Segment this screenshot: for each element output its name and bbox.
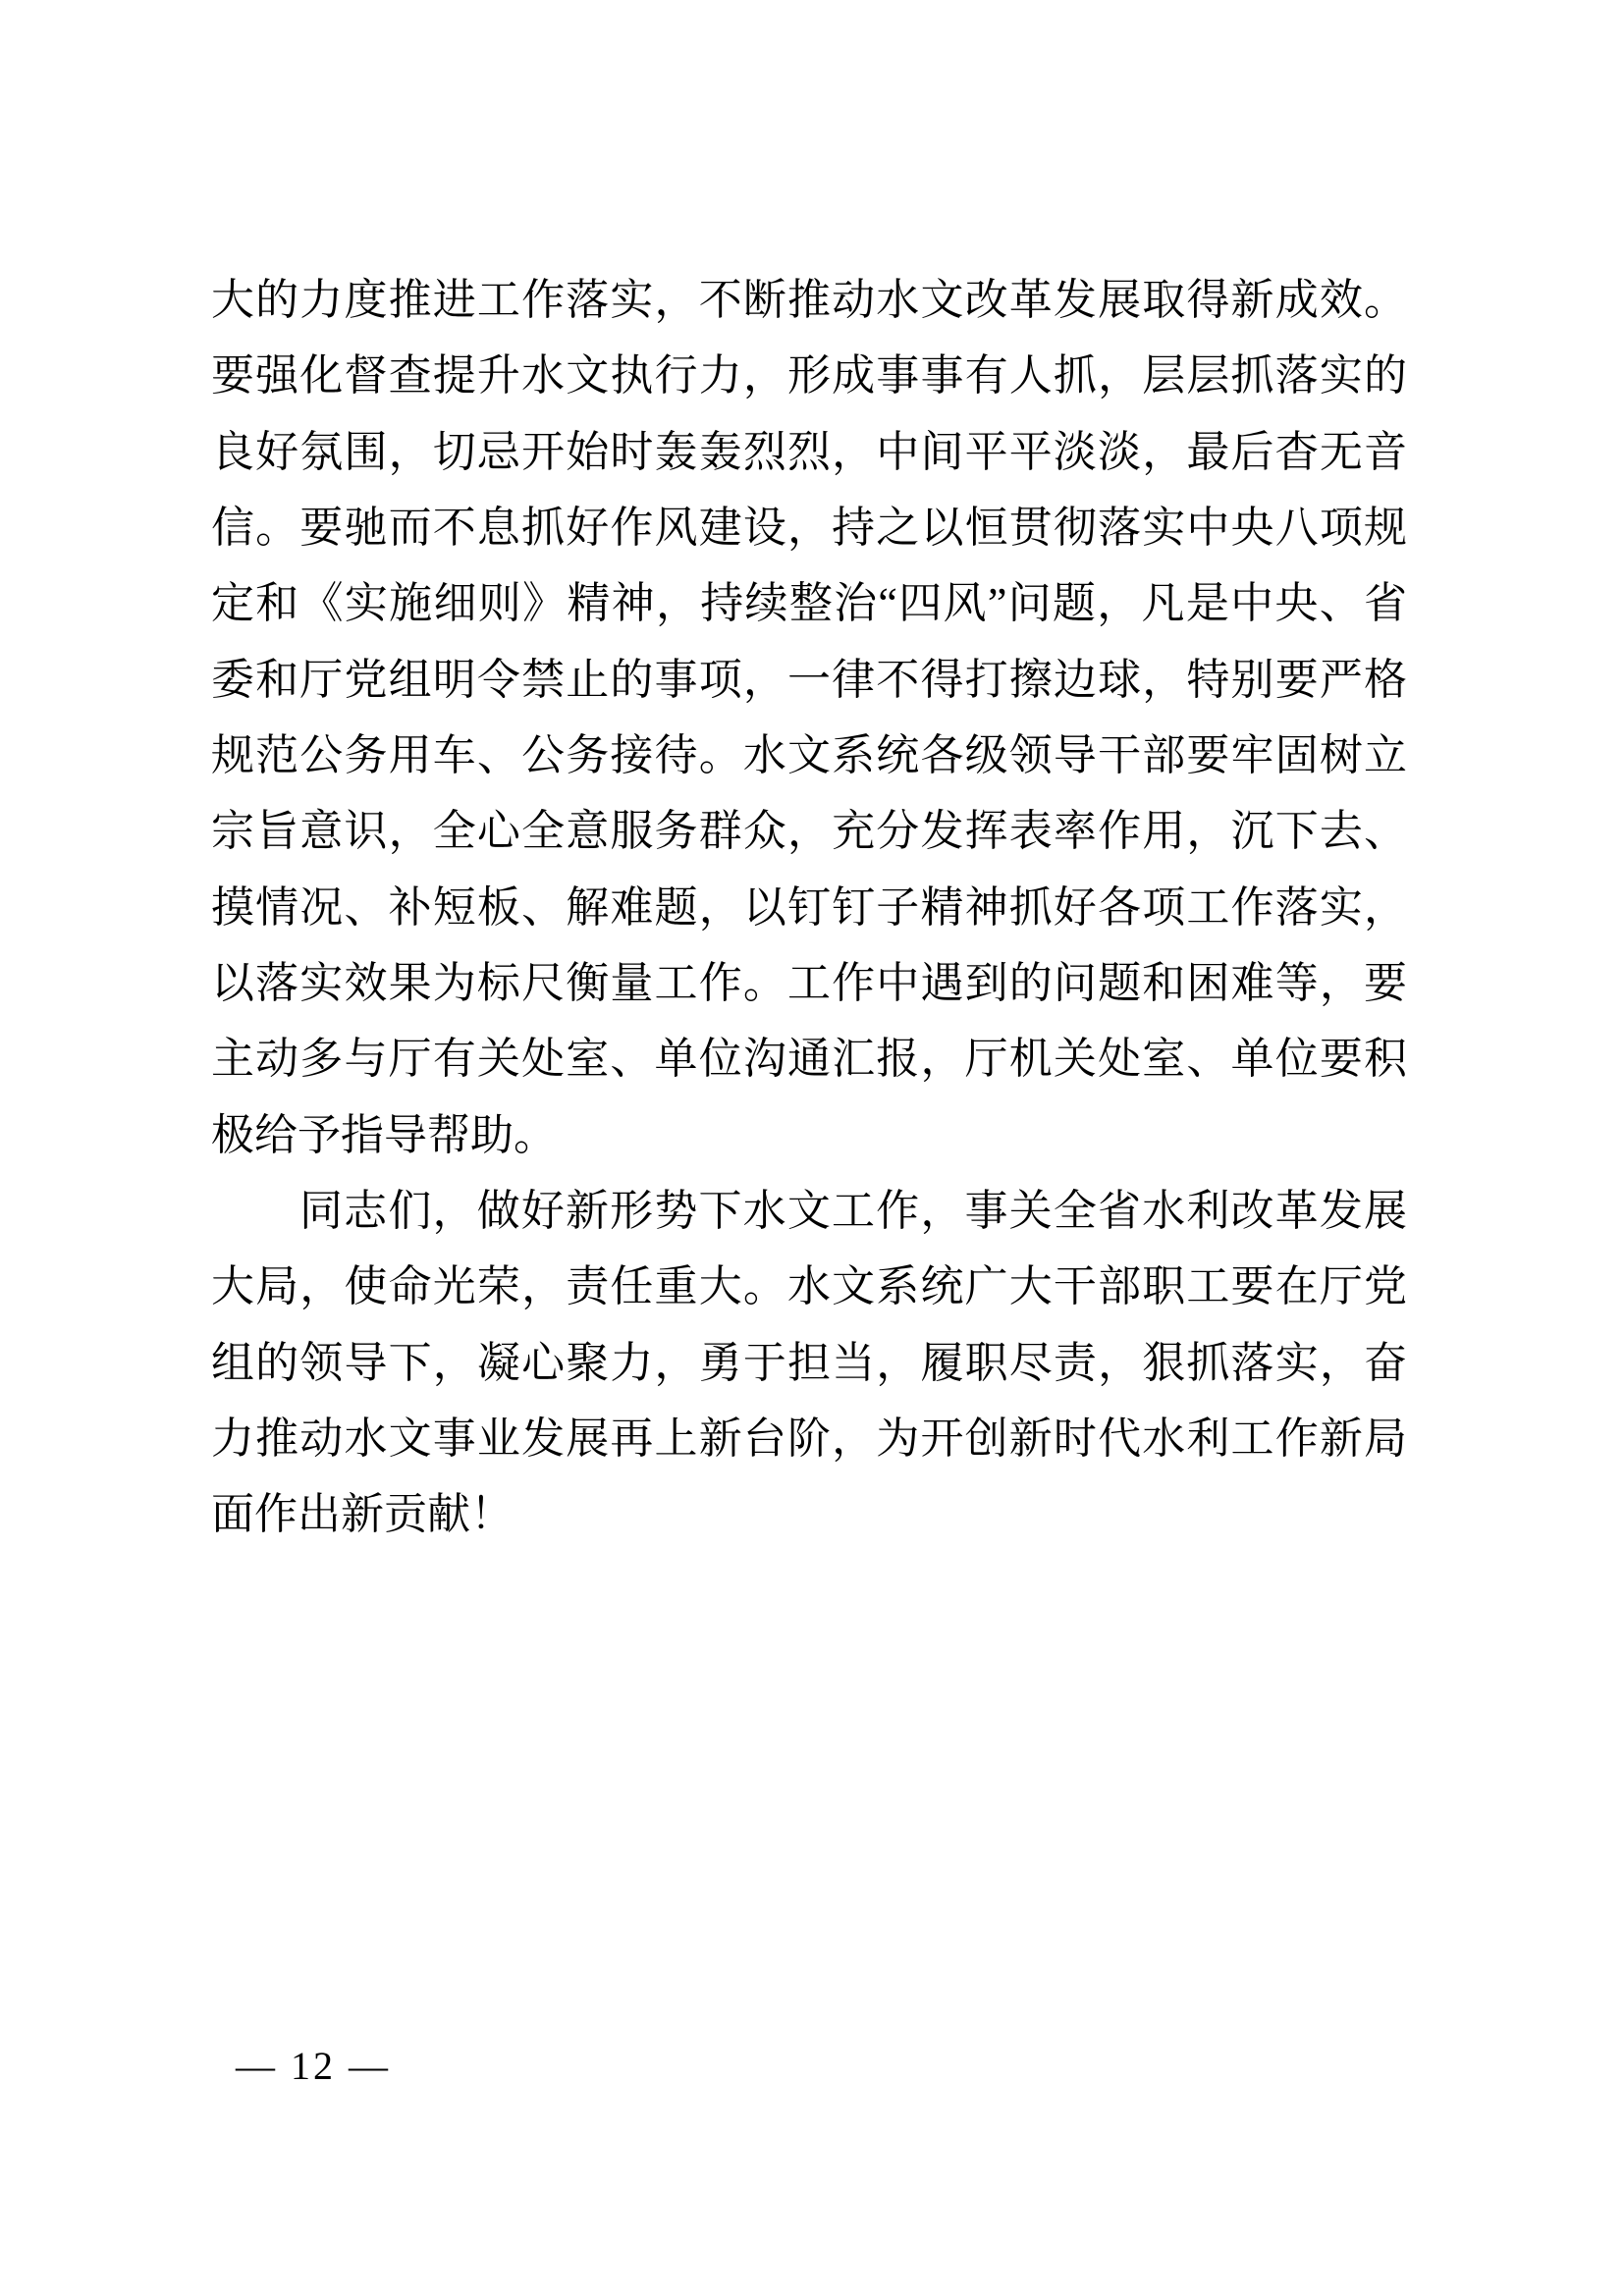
text-line: 大局，使命光荣，责任重大。水文系统广大干部职工要在厅党	[211, 1249, 1407, 1324]
text-line: 组的领导下，凝心聚力，勇于担当，履职尽责，狠抓落实，奋	[211, 1325, 1407, 1401]
text-line: 要强化督查提升水文执行力，形成事事有人抓，层层抓落实的	[211, 338, 1407, 413]
document-body: 大的力度推进工作落实，不断推动水文改革发展取得新成效。要强化督查提升水文执行力，…	[211, 262, 1407, 1553]
text-line: 极给予指导帮助。	[211, 1097, 1407, 1173]
text-line: 定和《实施细则》精神，持续整治“四风”问题，凡是中央、省	[211, 565, 1407, 641]
text-line: 大的力度推进工作落实，不断推动水文改革发展取得新成效。	[211, 262, 1407, 338]
text-line: 信。要驰而不息抓好作风建设，持之以恒贯彻落实中央八项规	[211, 490, 1407, 565]
text-line: 主动多与厅有关处室、单位沟通汇报，厅机关处室、单位要积	[211, 1021, 1407, 1096]
text-line: 规范公务用车、公务接待。水文系统各级领导干部要牢固树立	[211, 718, 1407, 793]
text-line: 宗旨意识，全心全意服务群众，充分发挥表率作用，沉下去、	[211, 793, 1407, 869]
text-line: 良好氛围，切忌开始时轰轰烈烈，中间平平淡淡，最后杳无音	[211, 414, 1407, 490]
text-line: 以落实效果为标尺衡量工作。工作中遇到的问题和困难等，要	[211, 945, 1407, 1021]
document-page: 大的力度推进工作落实，不断推动水文改革发展取得新成效。要强化督查提升水文执行力，…	[0, 0, 1624, 2296]
text-line: 力推动水文事业发展再上新台阶，为开创新时代水利工作新局	[211, 1401, 1407, 1476]
text-line: 面作出新贡献！	[211, 1476, 1407, 1552]
page-number: — 12 —	[236, 2047, 391, 2086]
text-line: 同志们，做好新形势下水文工作，事关全省水利改革发展	[211, 1173, 1407, 1249]
text-line: 委和厅党组明令禁止的事项，一律不得打擦边球，特别要严格	[211, 642, 1407, 718]
text-line: 摸情况、补短板、解难题，以钉钉子精神抓好各项工作落实，	[211, 870, 1407, 945]
